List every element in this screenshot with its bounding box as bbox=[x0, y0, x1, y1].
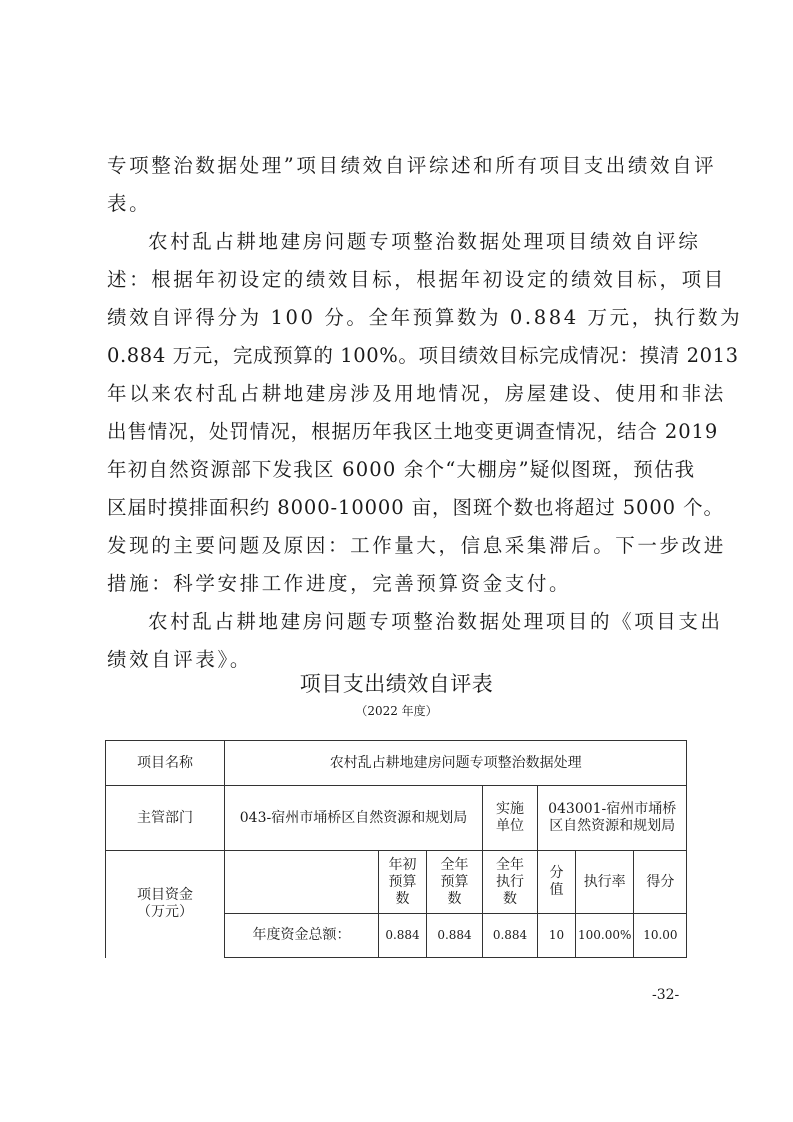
paragraph-line: 发现的主要问题及原因：工作量大，信息采集滞后。下一步改进 bbox=[107, 527, 687, 565]
paragraph-line: 农村乱占耕地建房问题专项整治数据处理项目的《项目支出 bbox=[148, 603, 728, 641]
impl-label: 实施单位 bbox=[483, 786, 538, 851]
project-name-label: 项目名称 bbox=[106, 741, 225, 786]
impl-value: 043001-宿州市埇桥区自然资源和规划局 bbox=[538, 786, 687, 851]
header-score: 得分 bbox=[634, 851, 687, 914]
header-annual-budget: 全年预算数 bbox=[427, 851, 483, 914]
header-weight: 分值 bbox=[538, 851, 576, 914]
total-annual-exec: 0.884 bbox=[483, 914, 538, 958]
paragraph-line: 述：根据年初设定的绩效目标，根据年初设定的绩效目标，项目 bbox=[107, 261, 687, 299]
header-exec-rate: 执行率 bbox=[576, 851, 634, 914]
paragraph-line: 出售情况，处罚情况，根据历年我区土地变更调查情况，结合 2019 bbox=[107, 413, 687, 451]
paragraph-line: 区届时摸排面积约 8000-10000 亩，图斑个数也将超过 5000 个。 bbox=[107, 489, 687, 527]
page-number: -32- bbox=[652, 987, 679, 1003]
table-row: 项目名称 农村乱占耕地建房问题专项整治数据处理 bbox=[106, 741, 687, 786]
dept-label: 主管部门 bbox=[106, 786, 225, 851]
paragraph-line: 表。 bbox=[107, 185, 687, 223]
total-row-label: 年度资金总额： bbox=[225, 914, 379, 958]
table-year: （2022 年度） bbox=[0, 702, 793, 719]
total-score: 10.00 bbox=[634, 914, 687, 958]
paragraph-line: 措施：科学安排工作进度，完善预算资金支付。 bbox=[107, 565, 687, 603]
dept-value: 043-宿州市埇桥区自然资源和规划局 bbox=[225, 786, 483, 851]
table-row: 项目资金（万元） 年初预算数 全年预算数 全年执行数 分值 执行率 得分 bbox=[106, 851, 687, 914]
paragraph-line: 绩效自评得分为 100 分。全年预算数为 0.884 万元，执行数为 bbox=[107, 299, 687, 337]
table-row: 主管部门 043-宿州市埇桥区自然资源和规划局 实施单位 043001-宿州市埇… bbox=[106, 786, 687, 851]
total-initial-budget: 0.884 bbox=[379, 914, 427, 958]
header-blank bbox=[225, 851, 379, 914]
paragraph-line: 0.884 万元，完成预算的 100%。项目绩效目标完成情况：摸清 2013 bbox=[107, 337, 687, 375]
header-initial-budget: 年初预算数 bbox=[379, 851, 427, 914]
total-exec-rate: 100.00% bbox=[576, 914, 634, 958]
header-annual-exec: 全年执行数 bbox=[483, 851, 538, 914]
performance-evaluation-table: 项目名称 农村乱占耕地建房问题专项整治数据处理 主管部门 043-宿州市埇桥区自… bbox=[105, 740, 687, 958]
table-title: 项目支出绩效自评表 bbox=[0, 668, 793, 698]
paragraph-line: 年初自然资源部下发我区 6000 余个“大棚房”疑似图斑，预估我 bbox=[107, 451, 687, 489]
paragraph-line: 专项整治数据处理”项目绩效自评综述和所有项目支出绩效自评 bbox=[107, 147, 687, 185]
project-name-value: 农村乱占耕地建房问题专项整治数据处理 bbox=[225, 741, 687, 786]
paragraph-line: 年以来农村乱占耕地建房涉及用地情况，房屋建设、使用和非法 bbox=[107, 375, 687, 413]
paragraph-line: 农村乱占耕地建房问题专项整治数据处理项目绩效自评综 bbox=[148, 223, 728, 261]
total-annual-budget: 0.884 bbox=[427, 914, 483, 958]
funds-label: 项目资金（万元） bbox=[106, 851, 225, 958]
total-weight: 10 bbox=[538, 914, 576, 958]
